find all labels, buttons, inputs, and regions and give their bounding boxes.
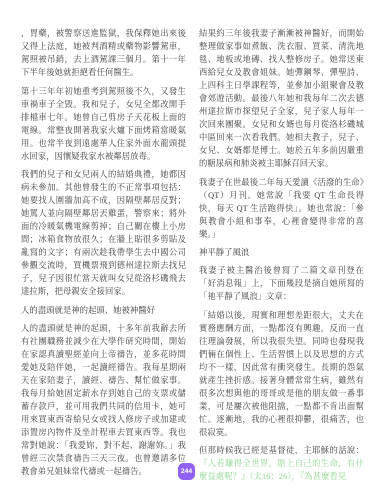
book-page: ，胃藥，被警察送進監獄，我保釋她出來後又得上法庭，她被判酒精或藥物影響駕車，駕照… <box>0 0 380 492</box>
paragraph: 我妻子在世最後二年每天愛讀《活潑的生命》（QT）月刊。她常說「我要 QT 生命長… <box>199 176 364 241</box>
paragraph: 第十三年年初她重考到駕照後不久，又發生車禍車子全毀。我和兒子，女兒全都改開手排檔… <box>21 85 186 163</box>
paragraph-with-scripture: 但那時候我已經是基督徒，主耶穌的話說：『人若賺得全世界，賠上自己的生命，有什麼益… <box>199 444 364 483</box>
paragraph: 我們的兒子和女兒兩人的結婚典禮，她都因病未參加。其他曾發生的不正常事項包括：她要… <box>21 168 186 298</box>
section-heading-god-calmed-storm: 神平靜了風浪 <box>199 246 364 259</box>
scripture-quote: 『人若賺得全世界，賠上自己的生命，有什麼益處呢？』（太16：26），『為甚麼看見 <box>199 459 364 481</box>
section-heading-healed-by-god: 人的盡頭就是神的起頭、她被神醫好 <box>21 304 186 317</box>
paragraph: 「結婚以後，現實和理想差距很大，丈夫在實務應酬方面，一點都沒有興趣，反而一直往理… <box>199 309 364 439</box>
two-column-text-layout: ，胃藥，被警察送進監獄，我保釋她出來後又得上法庭，她被判酒精或藥物影響駕車，駕照… <box>21 27 364 489</box>
paragraph: 人的盡頭就是神的起頭，十多年前我辭去所有社團職務並減少在大學作研究時間，開始在家… <box>21 322 186 478</box>
paragraph: 結果約三年後我妻子漸漸被神醫好，而開始整理做家事如煮飯、洗衣服、買菜、清洗地毯、… <box>199 27 364 170</box>
paragraph-continuation: ，胃藥，被警察送進監獄，我保釋她出來後又得上法庭，她被判酒精或藥物影響駕車，駕照… <box>21 27 186 79</box>
page-number-badge: 244 <box>178 463 195 480</box>
left-column: ，胃藥，被警察送進監獄，我保釋她出來後又得上法庭，她被判酒精或藥物影響駕車，駕照… <box>21 27 186 489</box>
paragraph: 我妻子被主醫治後曾寫了二篇文章刊登在「好消息報」上，下面幾段是摘自她所寫的「祂平… <box>199 264 364 303</box>
paragraph-lead-text: 但那時候我已經是基督徒，主耶穌的話說： <box>199 446 364 455</box>
right-column: 結果約三年後我妻子漸漸被神醫好，而開始整理做家事如煮飯、洗衣服、買菜、清洗地毯、… <box>199 27 364 489</box>
